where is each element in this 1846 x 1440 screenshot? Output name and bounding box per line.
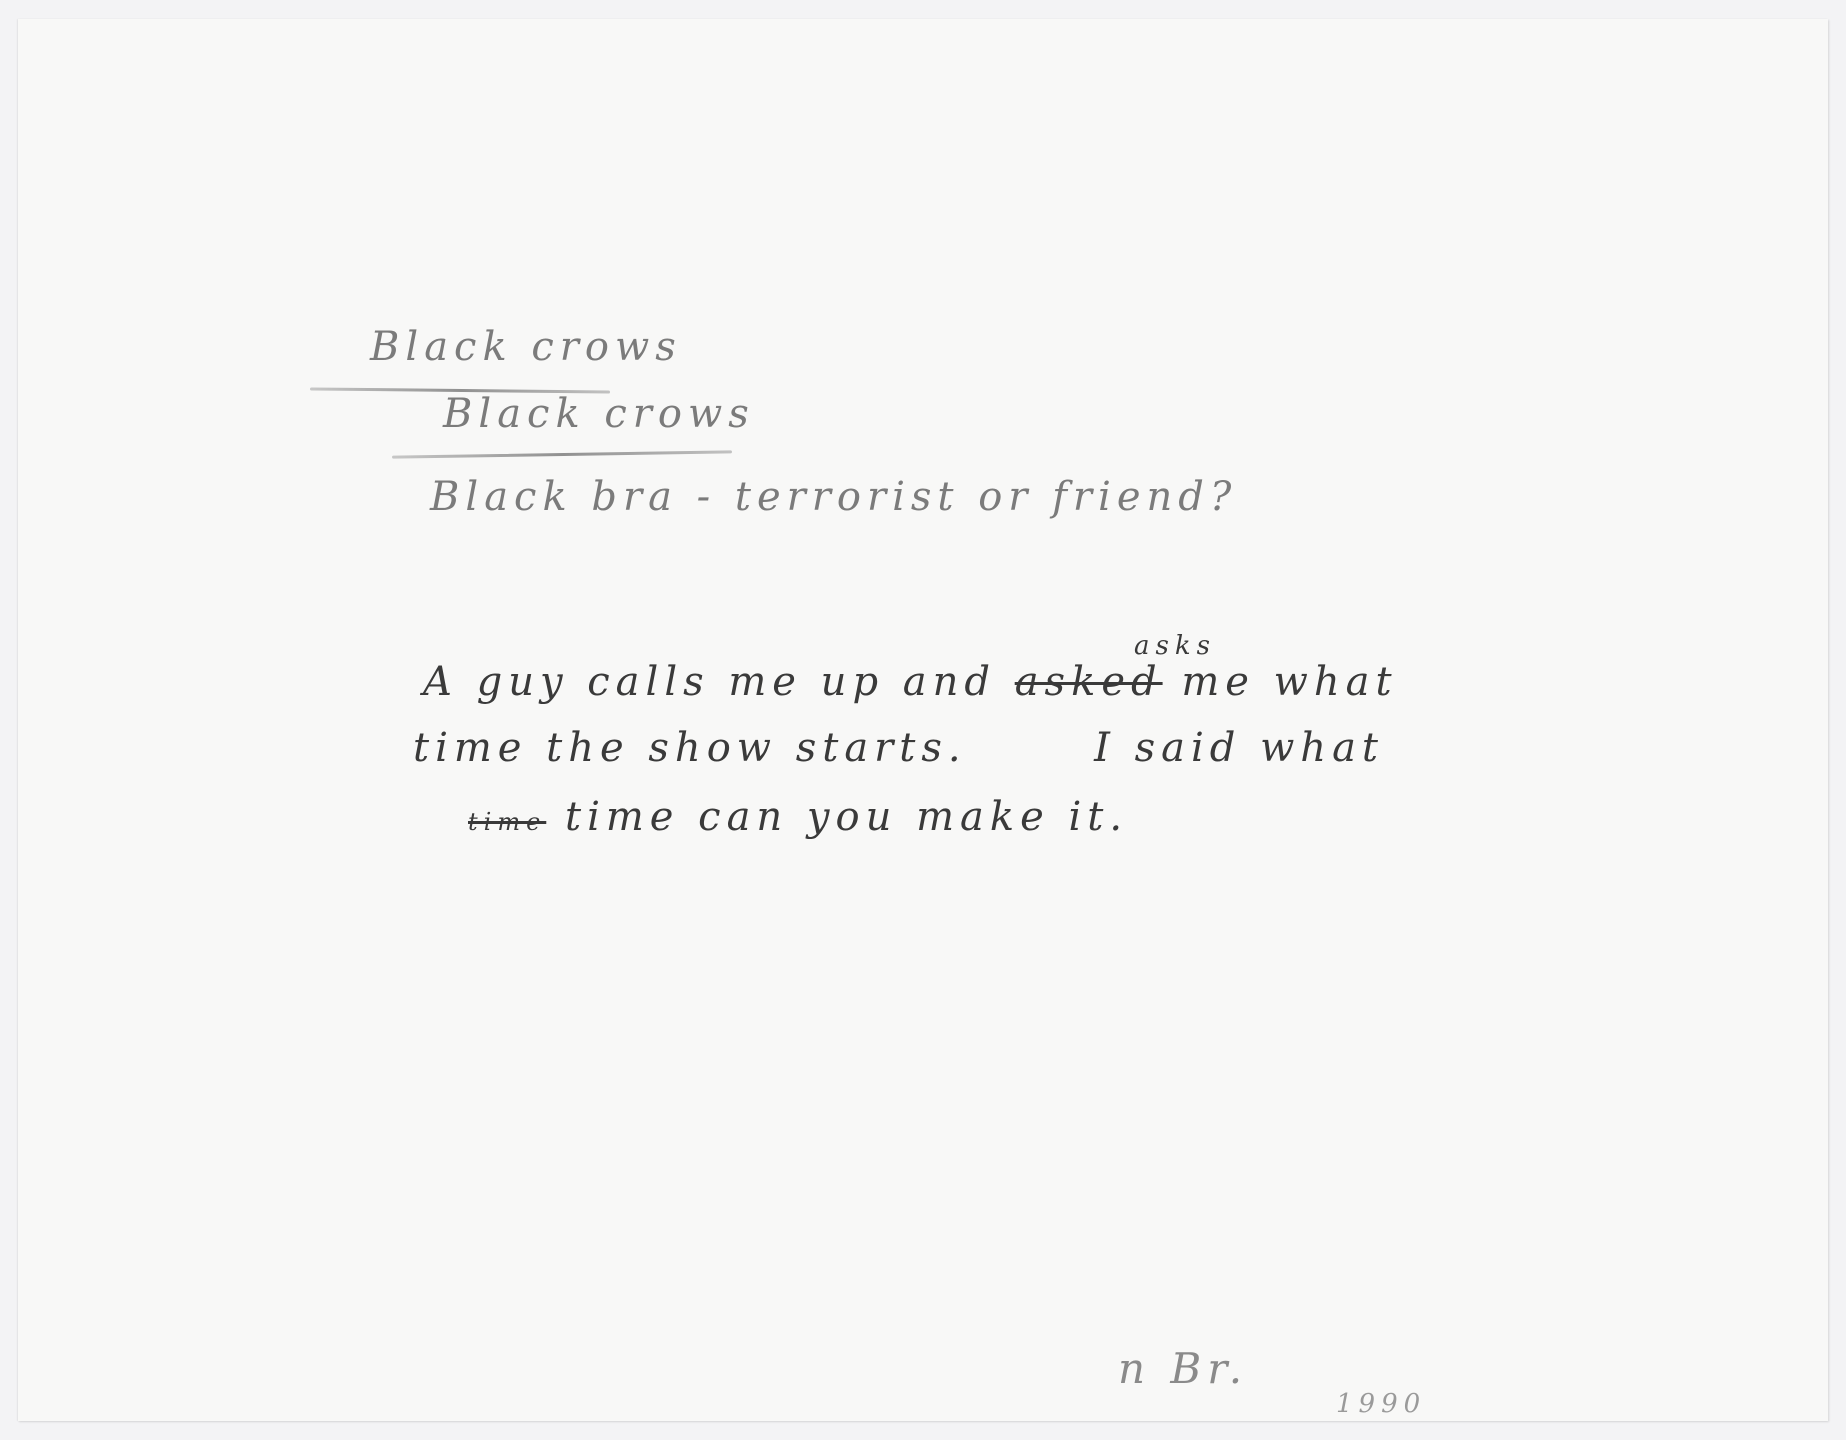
ink-line-1-start: A guy calls me up and [423,659,996,705]
pencil-note-line-3: Black bra - terrorist or friend? [430,474,1237,520]
ink-line-2-end: I said what [1094,725,1384,771]
signature: n Br. [1118,1344,1248,1393]
paper-sheet: Black crows Black crows Black bra - terr… [18,19,1828,1421]
ink-line-3: time time can you make it. [468,794,1128,840]
signature-year: 1990 [1336,1389,1426,1419]
ink-struck-word-1: asked [1015,659,1163,705]
pencil-underline-2 [392,450,732,458]
ink-line-1: A guy calls me up and asked me what [423,659,1398,705]
ink-struck-word-2: time [468,808,546,836]
pencil-note-line-1: Black crows [370,324,682,370]
ink-insertion-asks: asks [1134,631,1216,661]
ink-line-2: time the show starts. I said what [413,725,1384,771]
pencil-note-line-2: Black crows [443,391,755,437]
ink-line-2-start: time the show starts. [413,725,967,771]
ink-line-3-text: time can you make it. [565,794,1128,840]
ink-line-1-end: me what [1181,659,1397,705]
